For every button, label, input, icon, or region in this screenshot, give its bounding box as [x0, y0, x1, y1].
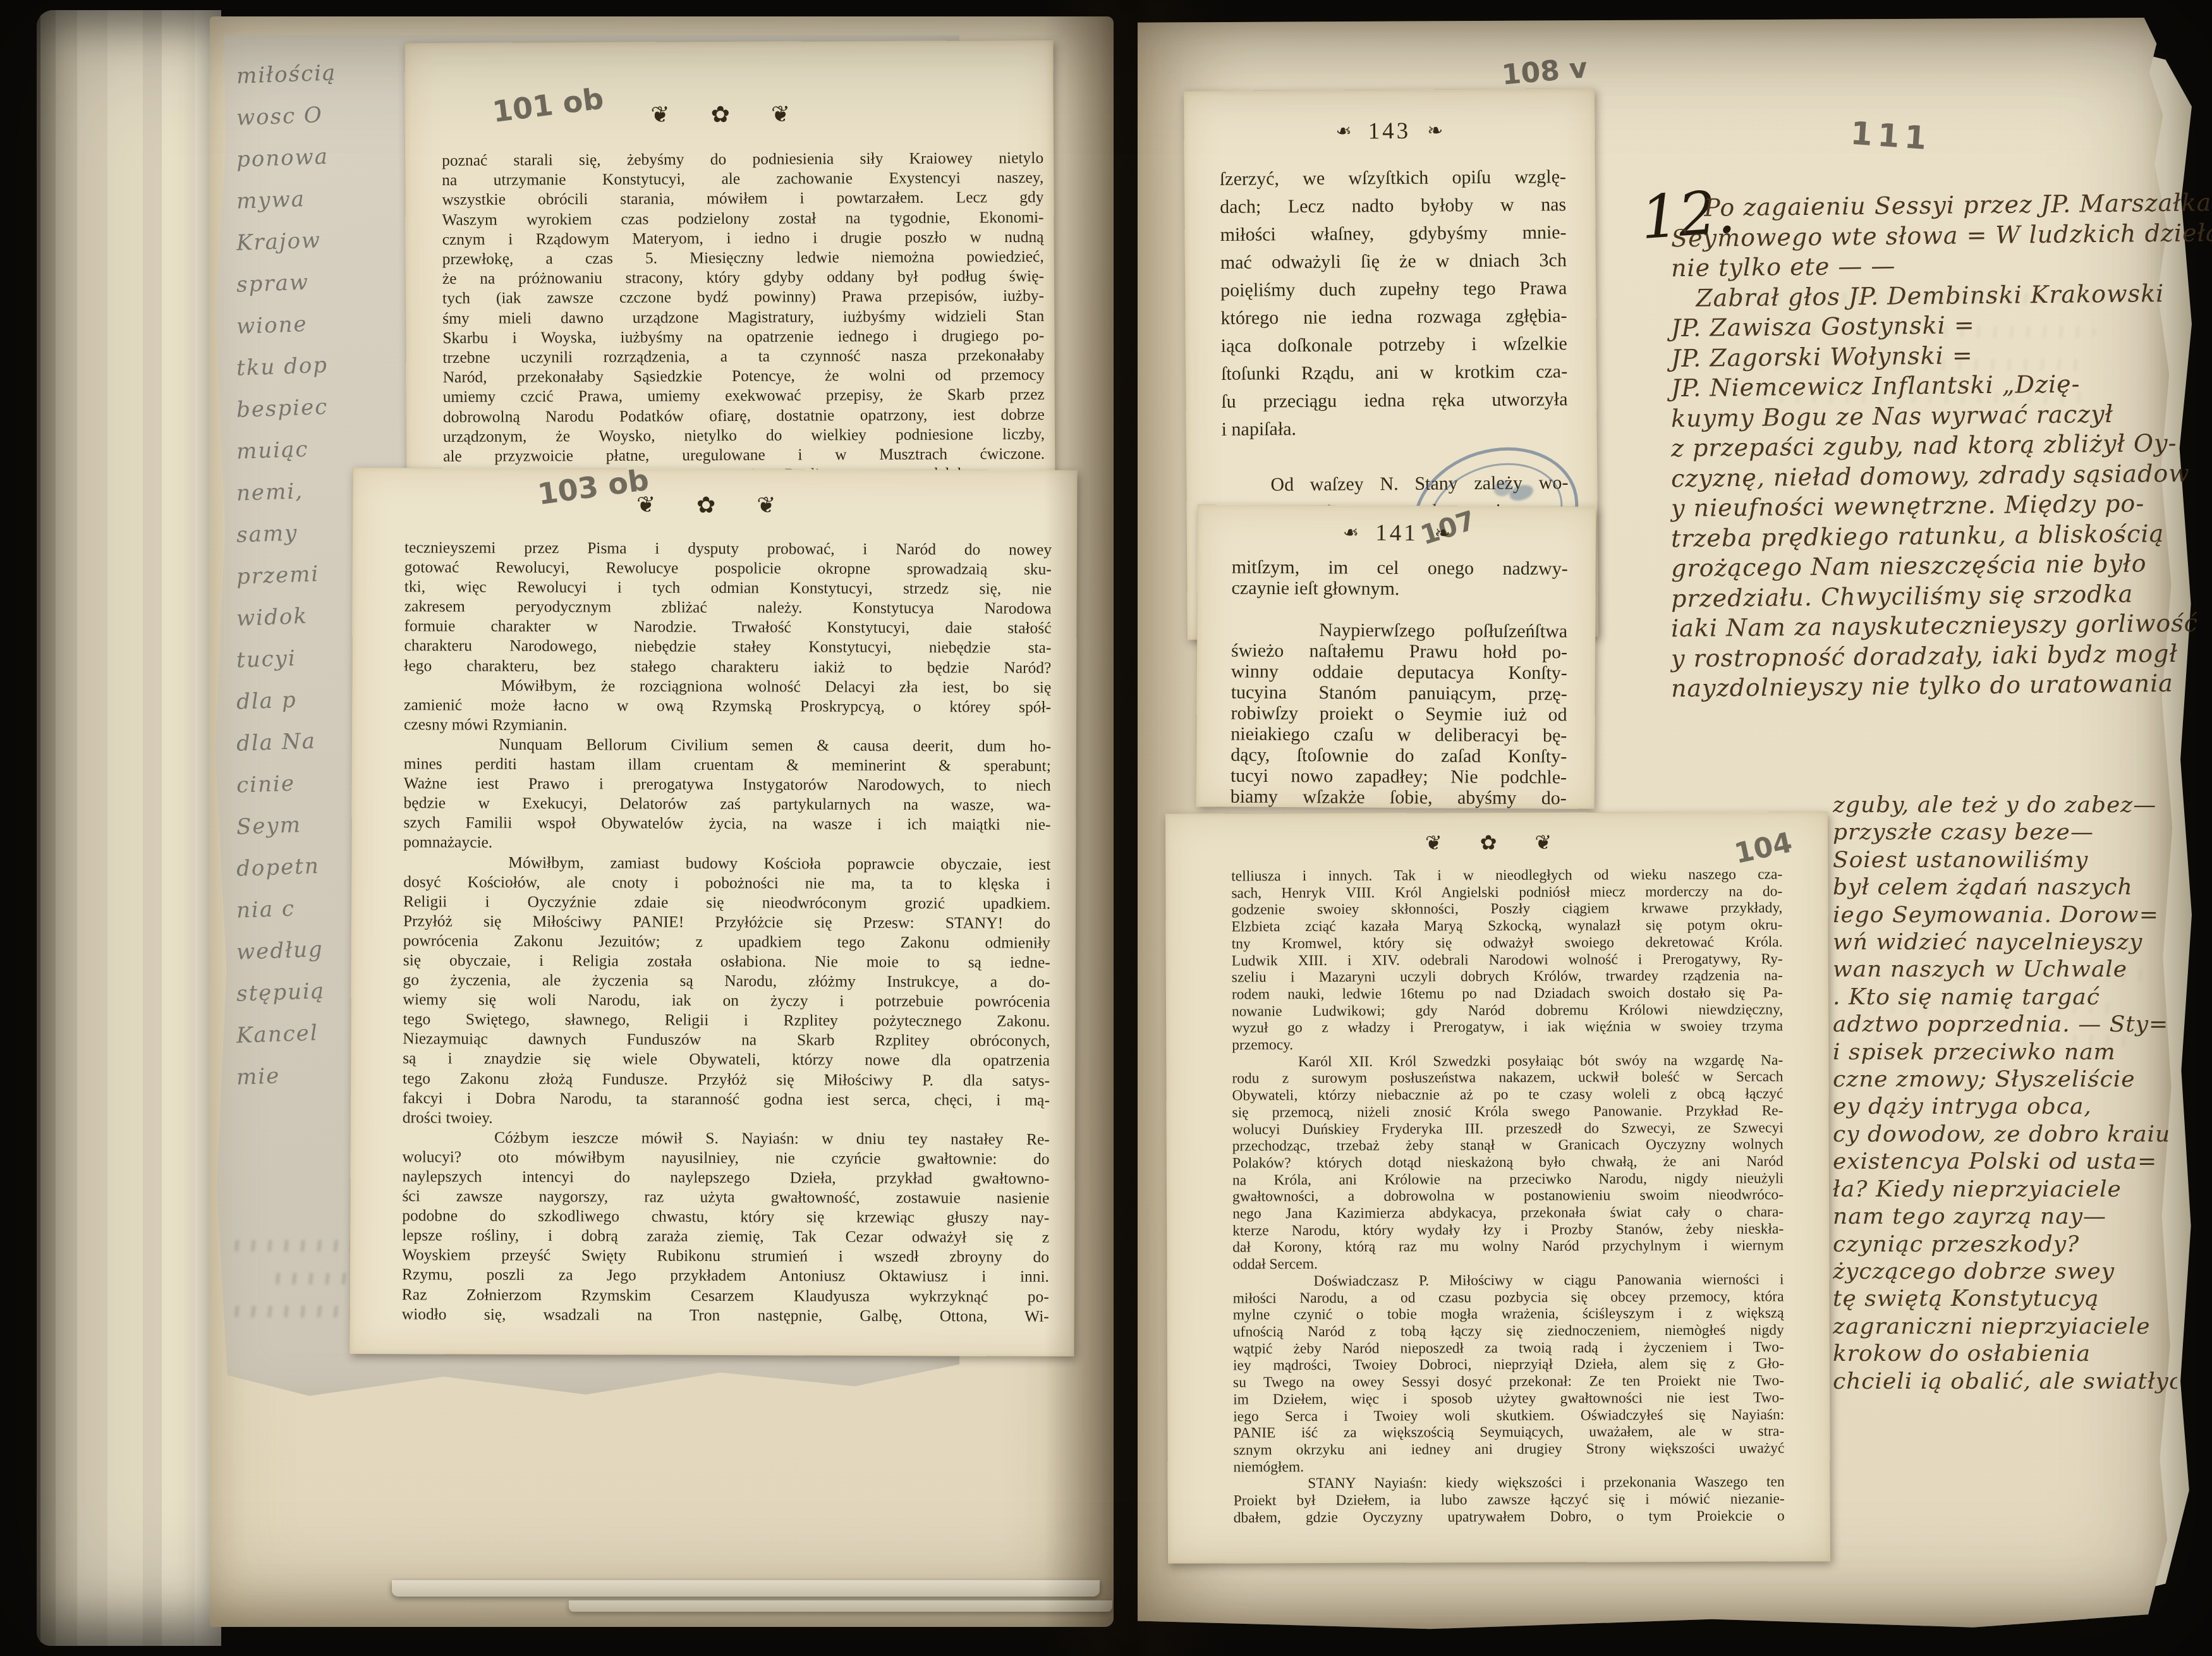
printed-page-number: 141 — [1375, 520, 1418, 547]
clipping-page-header: ❧ 143 ❧ — [1184, 116, 1595, 147]
book-page-edge-stack — [37, 10, 221, 1646]
manuscript-text-partial-column: zguby, ale też y do zabez—przyszłe czasy… — [1833, 791, 2177, 1395]
printed-clipping-101: 101 ob ❦ ✿ ❦ poznać starali się, żebyśmy… — [404, 40, 1055, 535]
printed-clipping-page-141: 107 ❧ 141 ❧ mitſzym, im cel onego nadzwy… — [1196, 504, 1596, 808]
printers-ornament: ❧ — [1343, 522, 1359, 544]
printed-clipping-103: 103 ob ❦ ✿ ❦ tecznieyszemi przez Pisma i… — [350, 468, 1078, 1356]
printers-ornament: ❧ — [1335, 120, 1351, 142]
printers-ornament: ❧ — [1427, 119, 1443, 142]
pencil-folio-number: 111 — [1849, 115, 1933, 157]
printed-clipping-speech: 104 ❦ ✿ ❦ telliusza i innych. Tak i w ni… — [1165, 812, 1830, 1564]
printers-ornament-row: ❦ ✿ ❦ — [1165, 829, 1828, 856]
printed-page-number: 143 — [1368, 118, 1411, 145]
printers-ornament-row: ❦ ✿ ❦ — [353, 490, 1077, 520]
printers-ornament-row: ❦ ✿ ❦ — [405, 100, 1054, 129]
manuscript-protocol-text: Po zagaieniu Sessyi przez JP. MarszałkaS… — [1671, 191, 2177, 702]
printed-text-block: tecznieyszemi przez Pisma i dysputy prob… — [402, 537, 1052, 1325]
archival-book-scan: { "document": { "type": "archival scrapb… — [0, 0, 2212, 1656]
page-fore-edge — [569, 1600, 1112, 1612]
printers-ornament: ❧ — [1435, 522, 1450, 544]
page-fore-edge — [392, 1580, 1100, 1597]
clipping-page-header: ❧ 141 ❧ — [1198, 518, 1596, 547]
printed-text-block: poznać starali się, żebyśmy do podniesie… — [442, 148, 1045, 506]
printed-text-block: mitſzym, im cel onego nadzwy-czaynie ieſ… — [1231, 557, 1568, 809]
printed-text-block: telliusza i innych. Tak i w nieodległych… — [1231, 866, 1785, 1526]
